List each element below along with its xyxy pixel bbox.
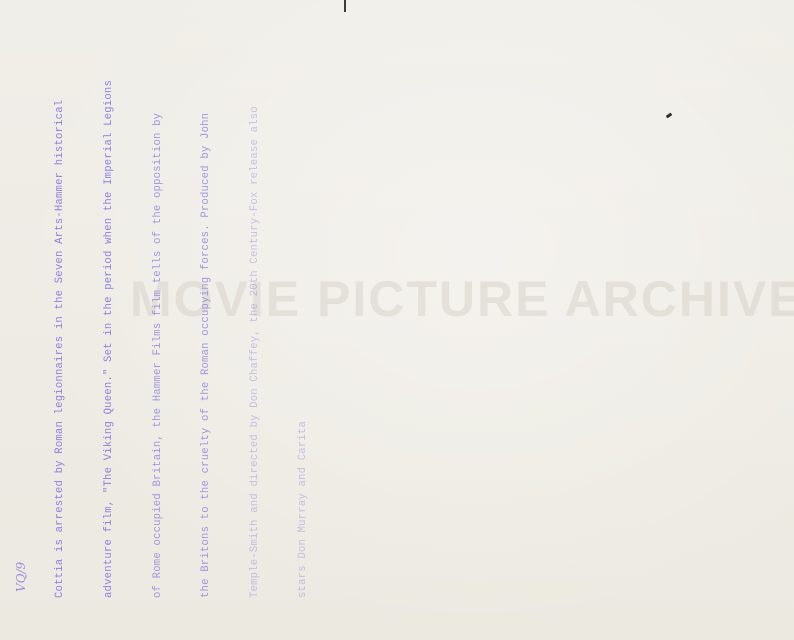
caption-line: the Britons to the cruelty of the Roman … [198,80,214,598]
typewritten-caption: Cottia is arrested by Roman legionnaires… [20,80,328,598]
ink-mark [344,0,346,12]
caption-line: stars Don Murray and Carita [295,80,311,598]
caption-line: Temple-Smith and directed by Don Chaffey… [247,80,263,598]
caption-line: Cottia is arrested by Roman legionnaires… [52,80,68,598]
caption-line: of Rome occupied Britain, the Hammer Fil… [150,80,166,598]
handwritten-note: VQ/9 [14,562,28,592]
caption-line: adventure film, "The Viking Queen." Set … [101,80,117,598]
